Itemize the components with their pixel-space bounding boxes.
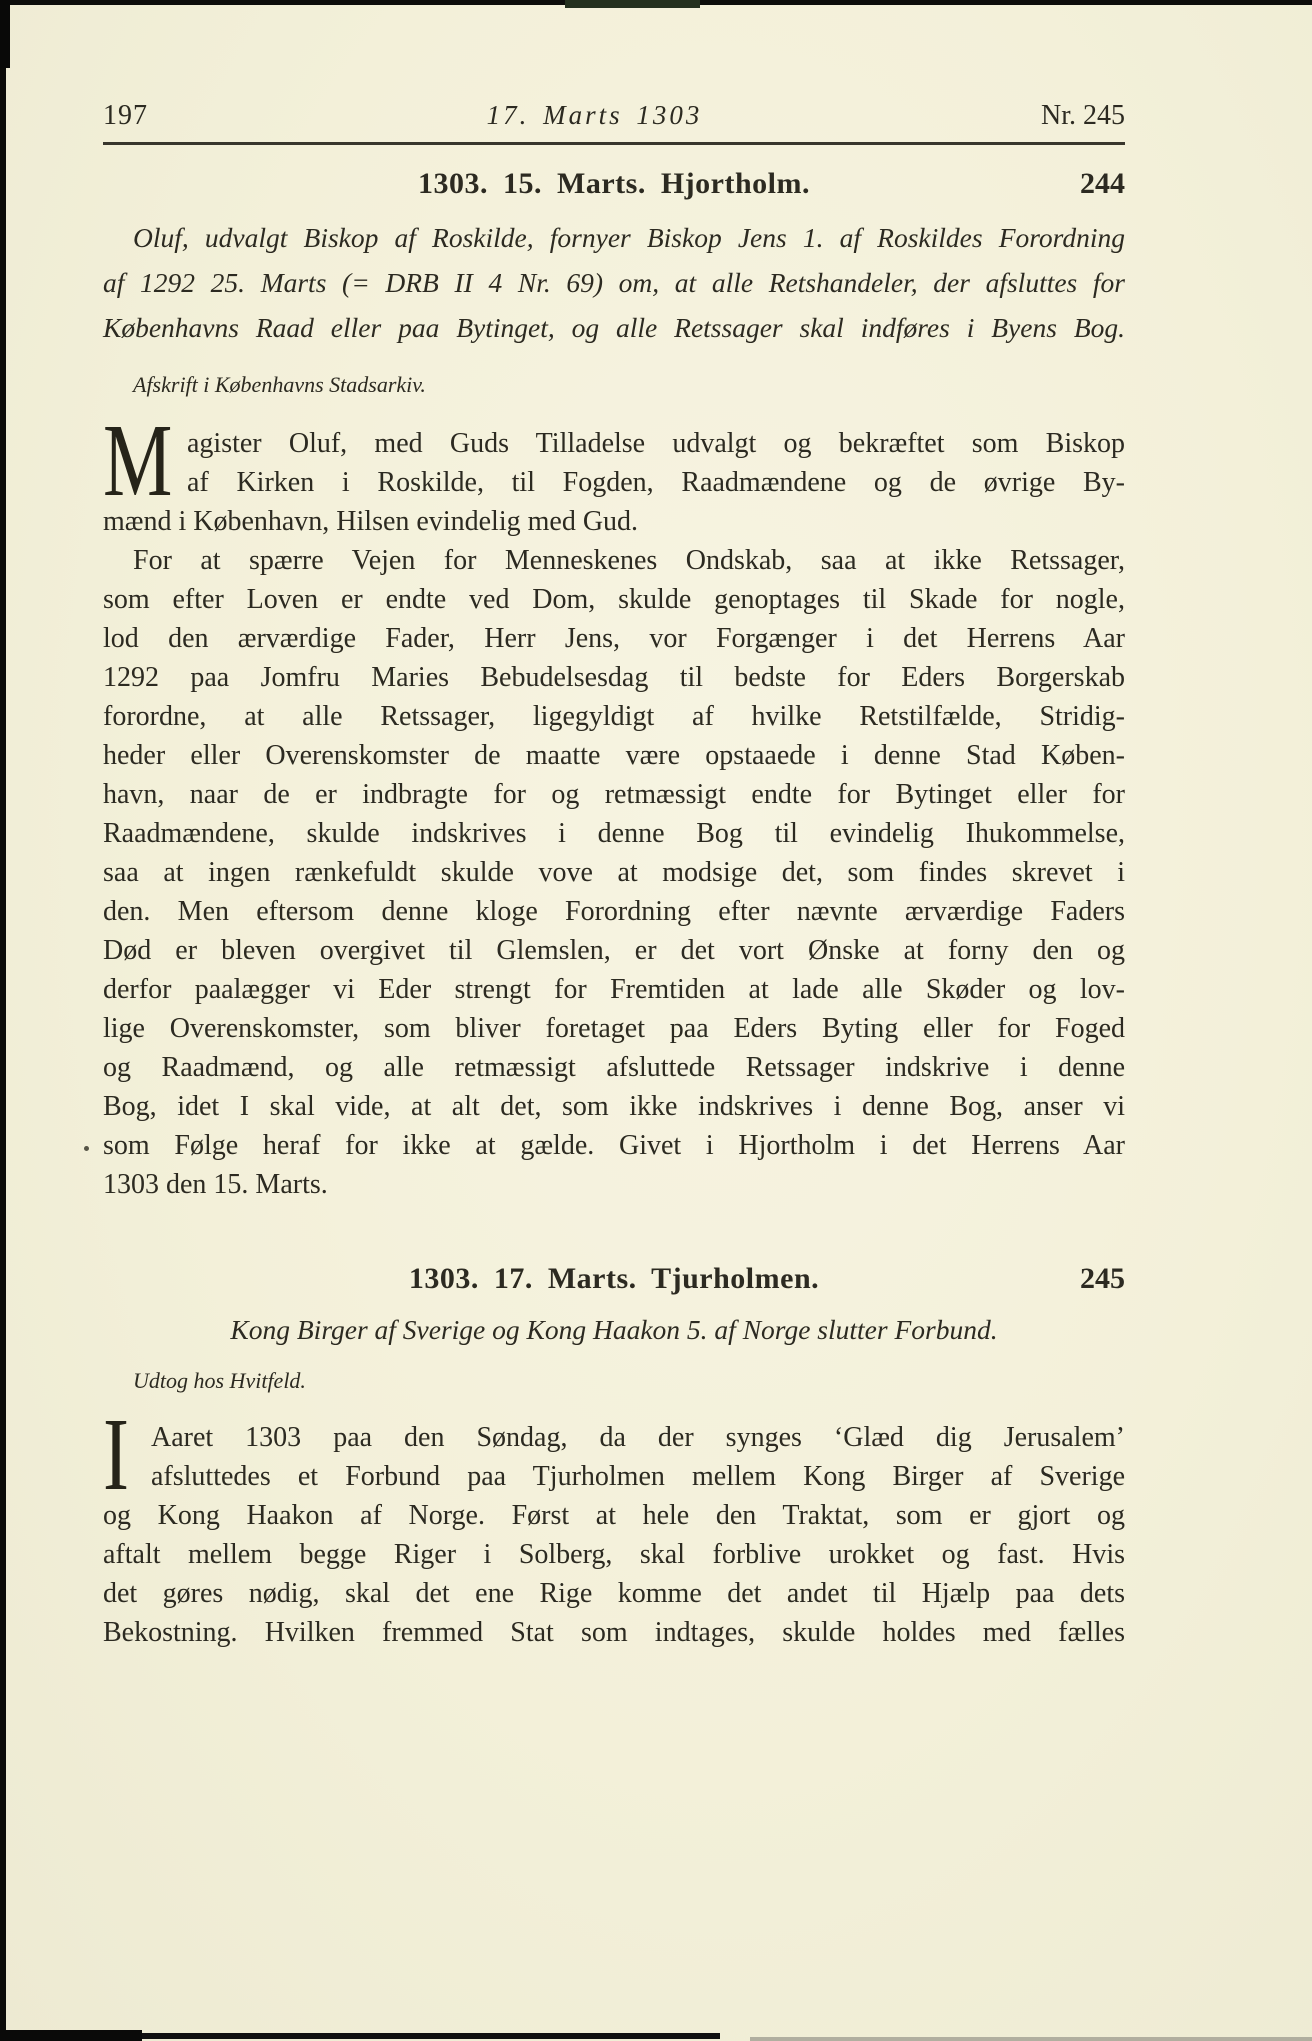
text-line: det gøres nødig, skal det ene Rige komme… [103,1574,1125,1613]
source-note: Afskrift i Københavns Stadsarkiv. [133,372,1125,398]
dropcap-letter: I [103,1410,129,1500]
text-line: og Raadmænd, og alle retmæssigt afslutte… [103,1048,1125,1087]
scanned-book-page: { "colors": { "paper": "#f4f1dc", "ink":… [0,0,1312,2041]
text-line: Bekostning. Hvilken fremmed Stat som ind… [103,1613,1125,1652]
running-header: 197 17. Marts 1303 Nr. 245 [103,0,1125,132]
text-line: Raadmændene, skulde indskrives i denne B… [103,814,1125,853]
scan-edge-bottom-left [0,2030,142,2041]
entry-number: 244 [1080,167,1125,201]
running-number-ref: Nr. 245 [1041,100,1125,132]
margin-speck [84,1146,89,1151]
scan-edge-bottom-right [750,2037,1312,2041]
body-paragraph: For at spærre Vejen for Menneskenes Onds… [103,541,1125,1204]
entry-heading: 1303. 17. Marts. Tjurholmen. [409,1262,819,1296]
text-line: mænd i København, Hilsen evindelig med G… [103,502,1125,541]
text-line: afsluttedes et Forbund paa Tjurholmen me… [151,1457,1125,1496]
text-line: agister Oluf, med Guds Tilladelse udvalg… [187,424,1125,463]
text-line: Bog, idet I skal vide, at alt det, som i… [103,1087,1125,1126]
entry-summary: Kong Birger af Sverige og Kong Haakon 5.… [103,1314,1125,1346]
paragraph-lines: agister Oluf, med Guds Tilladelse udvalg… [103,424,1125,541]
text-line: lod den ærværdige Fader, Herr Jens, vor … [103,619,1125,658]
text-line: af Kirken i Roskilde, til Fogden, Raadmæ… [187,463,1125,502]
scan-edge-bottom-middle [142,2033,720,2039]
page-content: 197 17. Marts 1303 Nr. 245 1303. 15. Mar… [103,0,1125,1652]
document-entry-245: 1303. 17. Marts. Tjurholmen. 245 Kong Bi… [103,1262,1125,1652]
text-line: Københavns Raad eller paa Bytinget, og a… [103,305,1125,350]
text-line: derfor paalægger vi Eder strengt for Fre… [103,970,1125,1009]
dropcap-letter: M [103,416,172,506]
scan-edge-left [0,0,6,2041]
text-line: Død er bleven overgivet til Glemslen, er… [103,931,1125,970]
header-rule [103,142,1125,145]
text-line: lige Overenskomster, som bliver foretage… [103,1009,1125,1048]
text-line: 1292 paa Jomfru Maries Bebudelsesdag til… [103,658,1125,697]
text-line: og Kong Haakon af Norge. Først at hele d… [103,1496,1125,1535]
entry-heading-row: 1303. 15. Marts. Hjortholm. 244 [103,167,1125,201]
text-line: af 1292 25. Marts (= DRB II 4 Nr. 69) om… [103,260,1125,305]
text-line: 1303 den 15. Marts. [103,1165,1125,1204]
text-line: som efter Loven er endte ved Dom, skulde… [103,580,1125,619]
text-line: havn, naar de er indbragte for og retmæs… [103,775,1125,814]
text-line: forordne, at alle Retssager, ligegyldigt… [103,697,1125,736]
entry-heading: 1303. 15. Marts. Hjortholm. [418,167,810,201]
text-line: som Følge heraf for ikke at gælde. Givet… [103,1126,1125,1165]
text-line: Aaret 1303 paa den Søndag, da der synges… [151,1418,1125,1457]
body-paragraph: M agister Oluf, med Guds Tilladelse udva… [103,424,1125,541]
scan-edge-top-accent [565,0,700,8]
source-note: Udtog hos Hvitfeld. [133,1368,1125,1394]
running-title: 17. Marts 1303 [148,100,1041,131]
text-line: den. Men eftersom denne kloge Forordning… [103,892,1125,931]
entry-number: 245 [1080,1262,1125,1296]
text-line: aftalt mellem begge Riger i Solberg, ska… [103,1535,1125,1574]
text-line: heder eller Overenskomster de maatte vær… [103,736,1125,775]
scan-corner-top-left [0,0,10,68]
text-line: For at spærre Vejen for Menneskenes Onds… [103,541,1125,580]
text-line: Oluf, udvalgt Biskop af Roskilde, fornye… [103,215,1125,260]
body-paragraph: I Aaret 1303 paa den Søndag, da der syng… [103,1418,1125,1652]
document-entry-244: 1303. 15. Marts. Hjortholm. 244 Oluf, ud… [103,167,1125,1204]
paragraph-lines: Aaret 1303 paa den Søndag, da der synges… [103,1418,1125,1652]
entry-summary: Oluf, udvalgt Biskop af Roskilde, fornye… [103,215,1125,350]
text-line: saa at ingen rænkefuldt skulde vove at m… [103,853,1125,892]
page-number: 197 [103,100,148,132]
entry-heading-row: 1303. 17. Marts. Tjurholmen. 245 [103,1262,1125,1296]
